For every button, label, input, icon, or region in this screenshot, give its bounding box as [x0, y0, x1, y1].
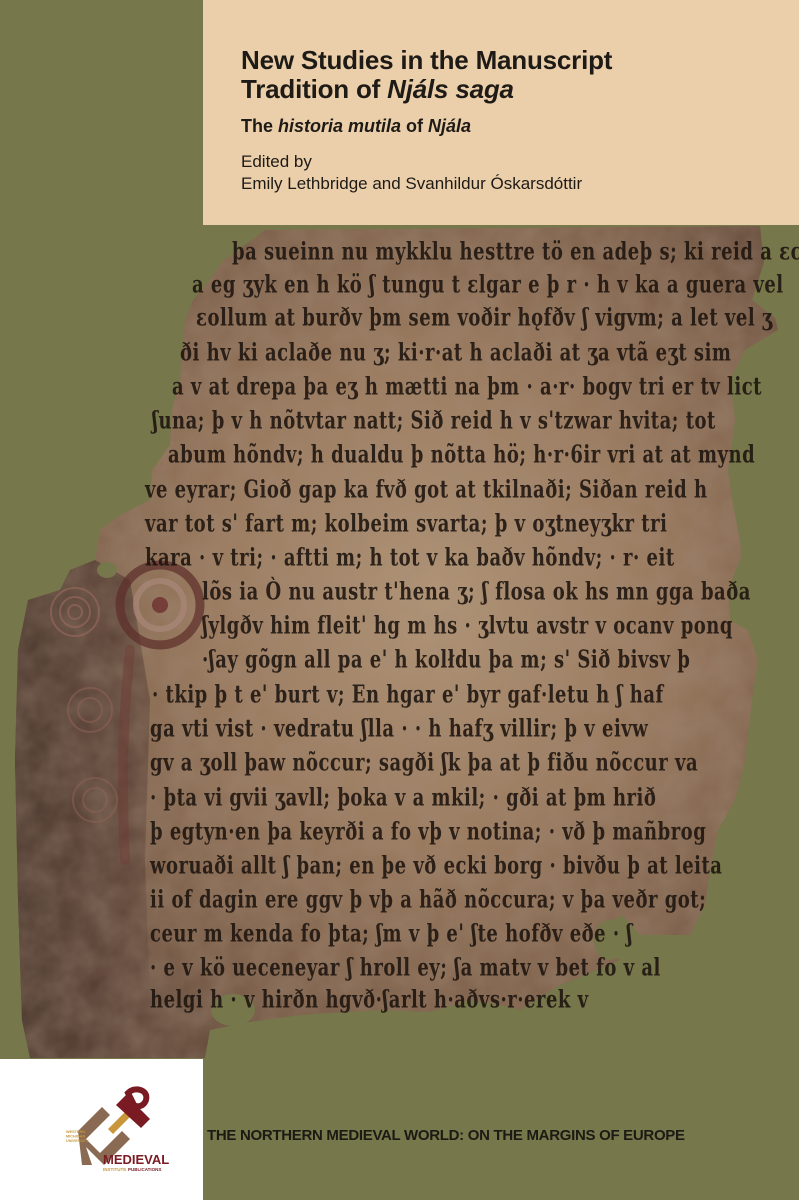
- manuscript-line: abum hõndv; h dualdu þ nõtta hö; h·r·6ir…: [168, 441, 755, 469]
- manuscript-line: helgi h · v hirðn hgvð·ʃarlt h·aðvs·r·er…: [150, 986, 589, 1014]
- manuscript-line: var tot s' fart m; kolbeim svarta; þ v o…: [145, 510, 667, 538]
- manuscript-line: ʃylgðv him fleit' hg m hs · ʒlvtu avstr …: [202, 612, 733, 640]
- manuscript-line: ɛollum at burðv þm sem voðir hǫfðv ʃ vig…: [196, 304, 773, 332]
- university-line-1: WESTERN: [66, 1130, 85, 1134]
- svg-text:MICHIGAN: MICHIGAN: [66, 1135, 85, 1139]
- manuscript-line: ii of dagin ere ggv þ vþ a hãð nõccura; …: [150, 886, 706, 914]
- subtitle-italic-2: Njála: [428, 116, 471, 136]
- editors-block: Edited by Emily Lethbridge and Svanhildu…: [241, 151, 799, 195]
- book-title: New Studies in the Manuscript Tradition …: [241, 46, 799, 104]
- subtitle-mid: of: [401, 116, 428, 136]
- manuscript-line: ði hv ki aclaðe nu ʒ; ki·r·at h aclaði a…: [180, 339, 731, 367]
- title-line-2-prefix: Tradition of: [241, 74, 387, 104]
- manuscript-line: · e v kö ueceneyar ʃ hroll ey; ʃa matv v…: [150, 954, 661, 982]
- manuscript-line: gv a ʒoll þaw nõccur; sagði ʃk þa at þ f…: [150, 749, 698, 777]
- series-title: THE NORTHERN MEDIEVAL WORLD: ON THE MARG…: [207, 1127, 685, 1144]
- manuscript-line: ga vti vist · vedratu ʃlla · · h hafʒ vi…: [150, 715, 648, 743]
- editors-names: Emily Lethbridge and Svanhildur Óskarsdó…: [241, 173, 799, 195]
- book-subtitle: The historia mutila of Njála: [241, 116, 799, 137]
- manuscript-line: þa sueinn nu mykklu hesttre tö en adeþ s…: [232, 238, 799, 266]
- svg-text:INSTITUTE: INSTITUTE: [103, 1167, 126, 1172]
- svg-text:UNIVERSITY: UNIVERSITY: [66, 1139, 89, 1143]
- manuscript-line: a v at drepa þa eʒ h mætti na þm · a·r· …: [172, 373, 762, 401]
- title-panel: New Studies in the Manuscript Tradition …: [203, 0, 799, 225]
- manuscript-line: lõs ia Ò nu austr t'hena ʒ; ʃ flosa ok h…: [202, 578, 751, 606]
- svg-text:PUBLICATIONS: PUBLICATIONS: [128, 1167, 161, 1172]
- svg-text:MEDIEVAL: MEDIEVAL: [103, 1152, 169, 1167]
- edited-by-label: Edited by: [241, 151, 799, 173]
- title-line-2-italic: Njáls saga: [387, 74, 514, 104]
- manuscript-line: ʃuna; þ v h nõtvtar natt; Sið reid h v s…: [152, 407, 716, 435]
- manuscript-line: þ egtyn·en þa keyrði a fo vþ v notina; ·…: [150, 818, 706, 846]
- manuscript-line: ·ʃay gõgn all pa e' h kolłdu þa m; s' Si…: [202, 646, 690, 674]
- manuscript-line: · tkip þ t e' burt v; En hgar e' byr gaf…: [152, 681, 664, 709]
- publisher-logo-panel: WESTERN MICHIGAN UNIVERSITY MEDIEVAL INS…: [0, 1059, 203, 1200]
- manuscript-line: ceur m kenda fo þta; ʃm v þ e' ʃte hofðv…: [150, 920, 633, 948]
- manuscript-line: · þta vi gvii ʒavll; þoka v a mkil; · gð…: [150, 784, 656, 812]
- manuscript-line: a eg ʒyk en h kö ʃ tungu t ɛlgar e þ r ·…: [192, 271, 784, 299]
- mip-logo-icon: WESTERN MICHIGAN UNIVERSITY MEDIEVAL INS…: [0, 1059, 203, 1200]
- manuscript-line: woruaði allt ʃ þan; en þe vð ecki borg ·…: [150, 852, 722, 880]
- manuscript-line: kara · v tri; · aftti m; h tot v ka baðv…: [145, 544, 675, 572]
- subtitle-prefix: The: [241, 116, 278, 136]
- title-line-1: New Studies in the Manuscript: [241, 45, 612, 75]
- manuscript-line: ve eyrar; Gioð gap ka fvð got at tkilnað…: [145, 476, 708, 504]
- subtitle-italic: historia mutila: [278, 116, 401, 136]
